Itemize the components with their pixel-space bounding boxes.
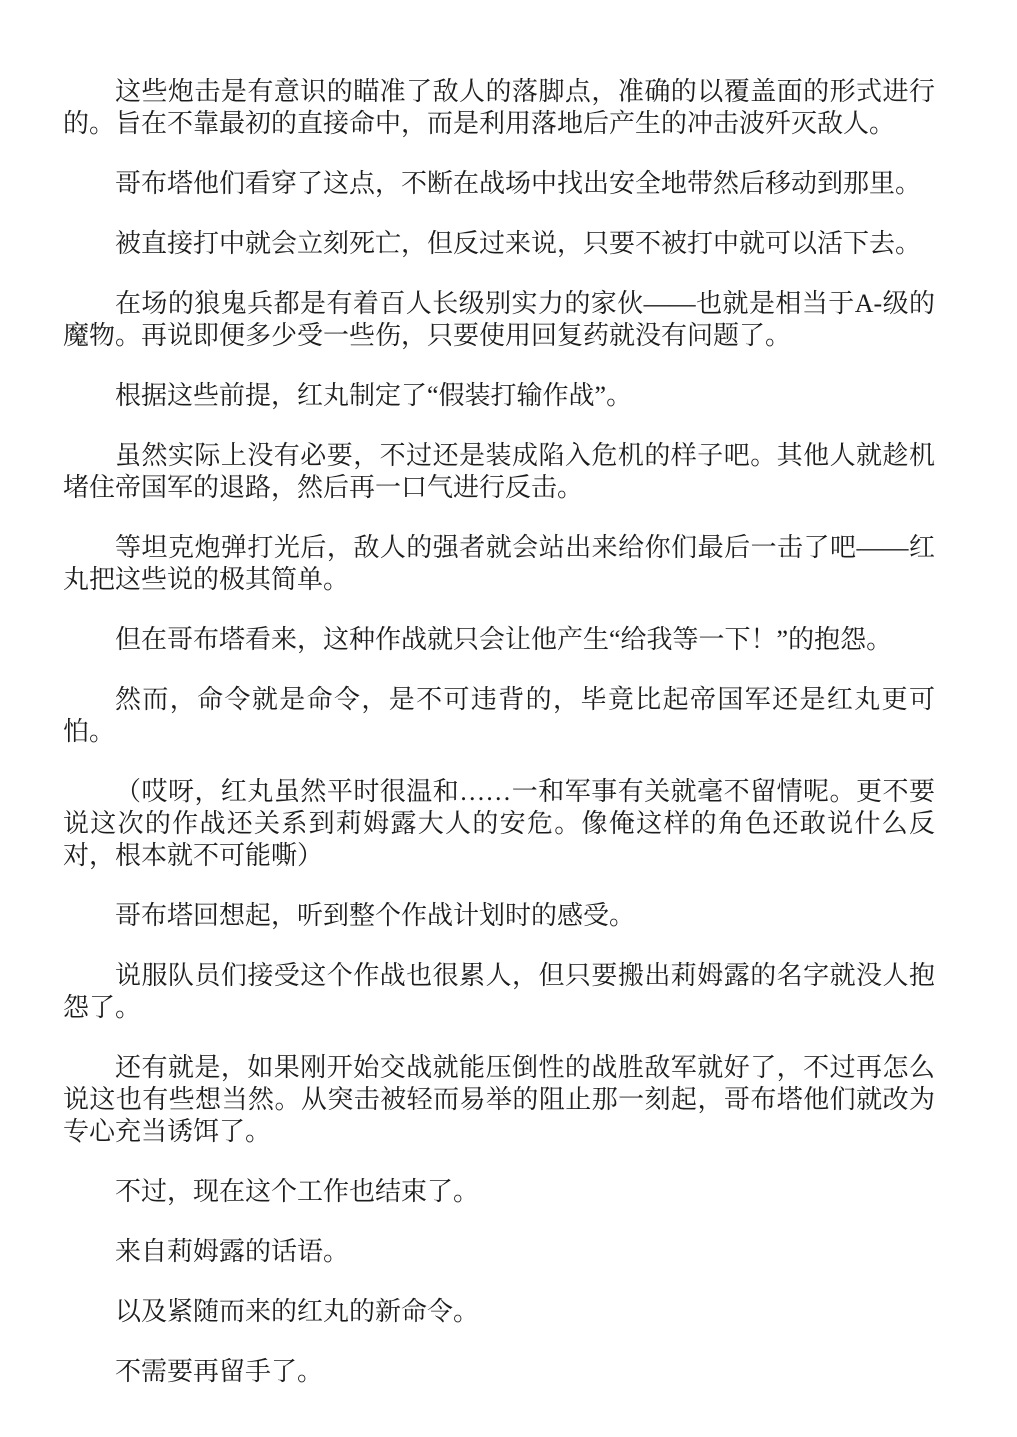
paragraph-4: 在场的狼鬼兵都是有着百人长级别实力的家伙——也就是相当于A-级的魔物。再说即便多… (63, 288, 935, 352)
paragraph-15: 来自莉姆露的话语。 (63, 1236, 935, 1268)
paragraph-7: 等坦克炮弹打光后，敌人的强者就会站出来给你们最后一击了吧——红丸把这些说的极其简… (63, 532, 935, 596)
paragraph-16: 以及紧随而来的红丸的新命令。 (63, 1296, 935, 1328)
paragraph-10: （哎呀，红丸虽然平时很温和……一和军事有关就毫不留情呢。更不要说这次的作战还关系… (63, 776, 935, 872)
paragraph-2: 哥布塔他们看穿了这点，不断在战场中找出安全地带然后移动到那里。 (63, 168, 935, 200)
paragraph-12: 说服队员们接受这个作战也很累人，但只要搬出莉姆露的名字就没人抱怨了。 (63, 960, 935, 1024)
novel-text-body: 这些炮击是有意识的瞄准了敌人的落脚点，准确的以覆盖面的形式进行的。旨在不靠最初的… (63, 76, 935, 1388)
paragraph-1: 这些炮击是有意识的瞄准了敌人的落脚点，准确的以覆盖面的形式进行的。旨在不靠最初的… (63, 76, 935, 140)
paragraph-6: 虽然实际上没有必要，不过还是装成陷入危机的样子吧。其他人就趁机堵住帝国军的退路，… (63, 440, 935, 504)
paragraph-5: 根据这些前提，红丸制定了“假装打输作战”。 (63, 380, 935, 412)
paragraph-8: 但在哥布塔看来，这种作战就只会让他产生“给我等一下！”的抱怨。 (63, 624, 935, 656)
paragraph-11: 哥布塔回想起，听到整个作战计划时的感受。 (63, 900, 935, 932)
novel-page: 这些炮击是有意识的瞄准了敌人的落脚点，准确的以覆盖面的形式进行的。旨在不靠最初的… (0, 0, 1017, 1437)
paragraph-9: 然而，命令就是命令，是不可违背的，毕竟比起帝国军还是红丸更可怕。 (63, 684, 935, 748)
paragraph-17: 不需要再留手了。 (63, 1356, 935, 1388)
paragraph-13: 还有就是，如果刚开始交战就能压倒性的战胜敌军就好了，不过再怎么说这也有些想当然。… (63, 1052, 935, 1148)
paragraph-3: 被直接打中就会立刻死亡，但反过来说，只要不被打中就可以活下去。 (63, 228, 935, 260)
paragraph-14: 不过，现在这个工作也结束了。 (63, 1176, 935, 1208)
